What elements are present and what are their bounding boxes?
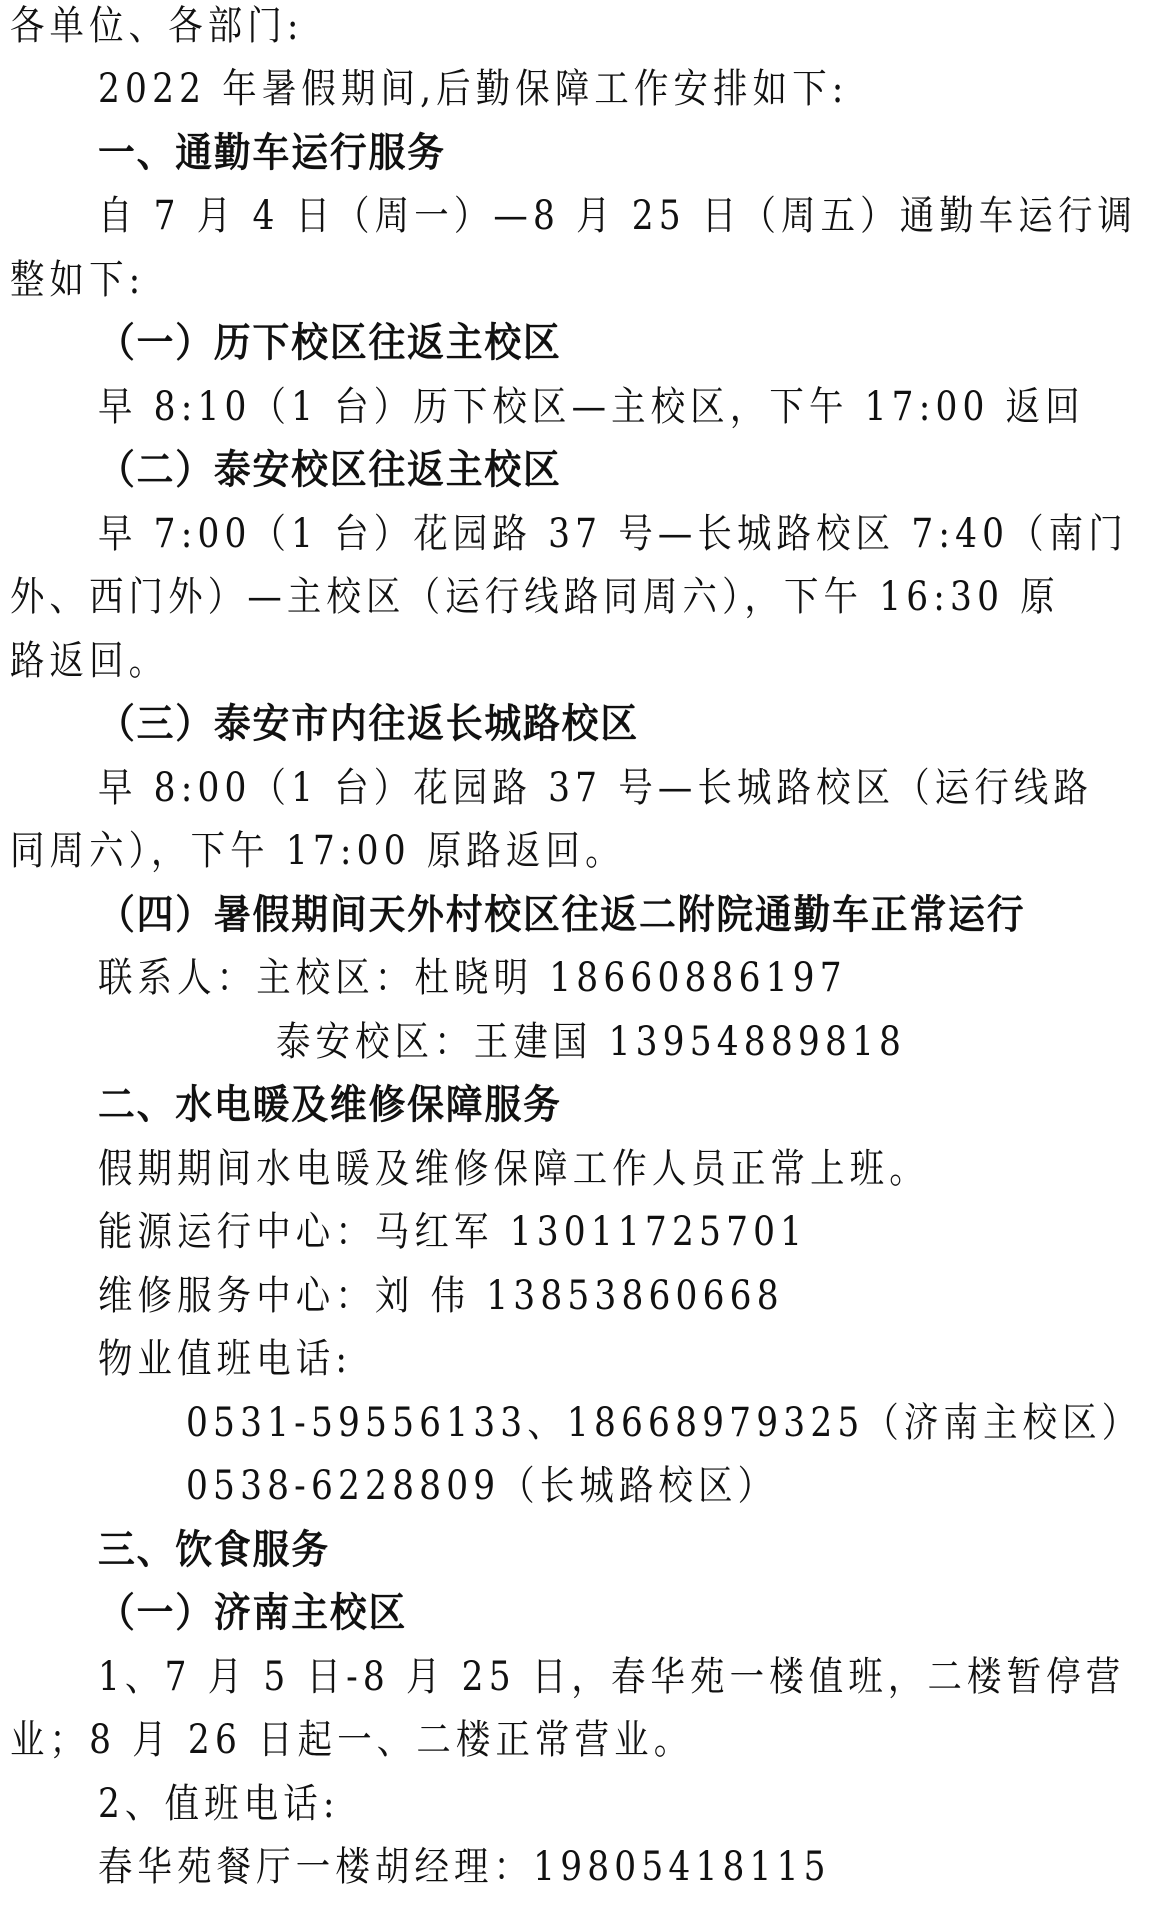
sub2-text-line2: 外、西门外）—主校区（运行线路同周六），下午 16:30 原 bbox=[10, 571, 1060, 623]
section3-item2-contact: 春华苑餐厅一楼胡经理：19805418115 bbox=[98, 1841, 831, 1893]
section3-heading: 三、饮食服务 bbox=[98, 1524, 330, 1576]
sub1-text: 早 8:10（1 台）历下校区—主校区，下午 17:00 返回 bbox=[98, 381, 1085, 433]
sub3-text-line1: 早 8:00（1 台）花园路 37 号—长城路校区（运行线路 bbox=[98, 762, 1093, 814]
section3-item1-line1: 1、7 月 5 日-8 月 25 日，春华苑一楼值班，二楼暂停营 bbox=[98, 1651, 1125, 1703]
sub1-heading: （一）历下校区往返主校区 bbox=[98, 317, 562, 369]
sub3-text-line2: 同周六），下午 17:00 原路返回。 bbox=[10, 825, 625, 877]
sub2-heading: （二）泰安校区往返主校区 bbox=[98, 444, 562, 496]
sub4-heading: （四）暑假期间天外村校区往返二附院通勤车正常运行 bbox=[98, 889, 1025, 941]
contact-line2: 泰安校区：王建国 13954889818 bbox=[276, 1016, 906, 1068]
property-phone1: 0531-59556133、18668979325（济南主校区） bbox=[186, 1397, 1141, 1449]
section1-para-line2: 整如下: bbox=[10, 254, 145, 306]
property-label: 物业值班电话: bbox=[98, 1333, 352, 1385]
contact-line1: 联系人：主校区：杜晓明 18660886197 bbox=[98, 952, 847, 1004]
section3-sub1-heading: （一）济南主校区 bbox=[98, 1587, 407, 1639]
sub2-text-line3: 路返回。 bbox=[10, 635, 168, 687]
energy-center-contact: 能源运行中心：马红军 13011725701 bbox=[98, 1206, 807, 1258]
section1-heading: 一、通勤车运行服务 bbox=[98, 127, 446, 179]
section1-para-line1: 自 7 月 4 日（周一）—8 月 25 日（周五）通勤车运行调 bbox=[98, 190, 1137, 242]
section2-heading: 二、水电暖及维修保障服务 bbox=[98, 1079, 562, 1131]
sub2-text-line1: 早 7:00（1 台）花园路 37 号—长城路校区 7:40（南门 bbox=[98, 508, 1128, 560]
section3-item1-line2: 业；8 月 26 日起一、二楼正常营业。 bbox=[10, 1714, 693, 1766]
sub3-heading: （三）泰安市内往返长城路校区 bbox=[98, 698, 639, 750]
intro-text: 2022 年暑假期间,后勤保障工作安排如下: bbox=[98, 63, 849, 115]
property-phone2: 0538-6228809（长城路校区） bbox=[186, 1460, 777, 1512]
section2-text: 假期期间水电暖及维修保障工作人员正常上班。 bbox=[98, 1143, 929, 1195]
section3-item2: 2、值班电话: bbox=[98, 1778, 340, 1830]
salutation: 各单位、各部门: bbox=[10, 0, 304, 52]
repair-center-contact: 维修服务中心：刘 伟 13853860668 bbox=[98, 1270, 784, 1322]
